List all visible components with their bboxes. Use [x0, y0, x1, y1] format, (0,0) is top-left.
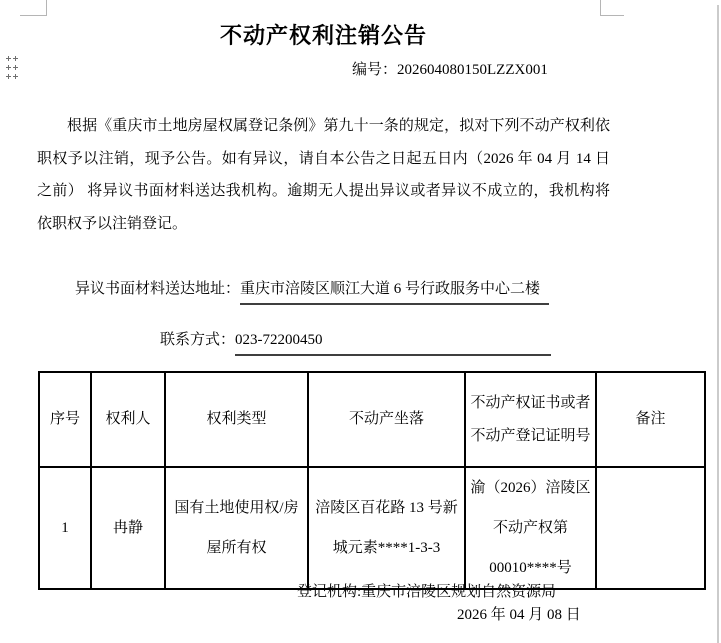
cell-location: 涪陵区百花路 13 号新城元素****1-3-3 — [308, 467, 465, 589]
cell-seq: 1 — [39, 467, 91, 589]
cell-right-type: 国有土地使用权/房屋所有权 — [165, 467, 308, 589]
header-cell-remark: 备注 — [596, 372, 705, 467]
table-row: 1 冉静 国有土地使用权/房屋所有权 涪陵区百花路 13 号新城元素****1-… — [39, 467, 705, 589]
contact-value: 023-72200450 — [235, 332, 551, 356]
address-line: 异议书面材料送达地址： 重庆市涪陵区顺江大道 6 号行政服务中心二楼 — [75, 277, 549, 305]
header-cell-right-type: 权利类型 — [165, 372, 308, 467]
drag-handle-dot — [6, 56, 11, 61]
header-cell-cert-no: 不动产权证书或者不动产登记证明号 — [465, 372, 596, 467]
address-label: 异议书面材料送达地址： — [75, 277, 240, 298]
cell-cert-no: 渝（2026）涪陵区不动产权第00010****号 — [465, 467, 596, 589]
header-cell-seq: 序号 — [39, 372, 91, 467]
drag-handle-dot — [13, 65, 18, 70]
contact-line: 联系方式： 023-72200450 — [160, 328, 551, 356]
text-boundary-mark-left — [20, 15, 47, 16]
registry-line: 登记机构:重庆市涪陵区规划自然资源局 — [297, 580, 556, 601]
cell-remark — [596, 467, 705, 589]
doc-number-value: 202604080150LZZX001 — [397, 62, 548, 78]
drag-handle-icon[interactable] — [5, 55, 19, 81]
drag-handle-dot — [6, 74, 11, 79]
text-boundary-mark-right — [600, 15, 624, 16]
header-cell-holder: 权利人 — [91, 372, 165, 467]
page-edge-line — [717, 5, 719, 643]
doc-number: 编号：202604080150LZZX001 — [352, 58, 548, 79]
cell-holder: 冉静 — [91, 467, 165, 589]
text-boundary-mark-left — [46, 0, 47, 16]
announcement-table-grid: 序号 权利人 权利类型 不动产坐落 不动产权证书或者不动产登记证明号 备注 1 … — [38, 371, 706, 590]
drag-handle-dot — [13, 56, 18, 61]
text-boundary-mark-right — [600, 0, 601, 16]
announcement-table: 序号 权利人 权利类型 不动产坐落 不动产权证书或者不动产登记证明号 备注 1 … — [38, 371, 706, 590]
drag-handle-dot — [13, 74, 18, 79]
header-cell-location: 不动产坐落 — [308, 372, 465, 467]
address-value: 重庆市涪陵区顺江大道 6 号行政服务中心二楼 — [240, 277, 549, 305]
drag-handle-dot — [6, 65, 11, 70]
document-page: 不动产权利注销公告 编号：202604080150LZZX001 根据《重庆市土… — [0, 0, 721, 643]
date-line: 2026 年 04 月 08 日 — [457, 603, 581, 624]
body-paragraph: 根据《重庆市土地房屋权属登记条例》第九十一条的规定，拟对下列不动产权利依职权予以… — [37, 110, 610, 240]
doc-number-label: 编号： — [352, 62, 397, 78]
page-title: 不动产权利注销公告 — [37, 19, 610, 50]
table-header-row: 序号 权利人 权利类型 不动产坐落 不动产权证书或者不动产登记证明号 备注 — [39, 372, 705, 467]
contact-label: 联系方式： — [160, 328, 235, 349]
